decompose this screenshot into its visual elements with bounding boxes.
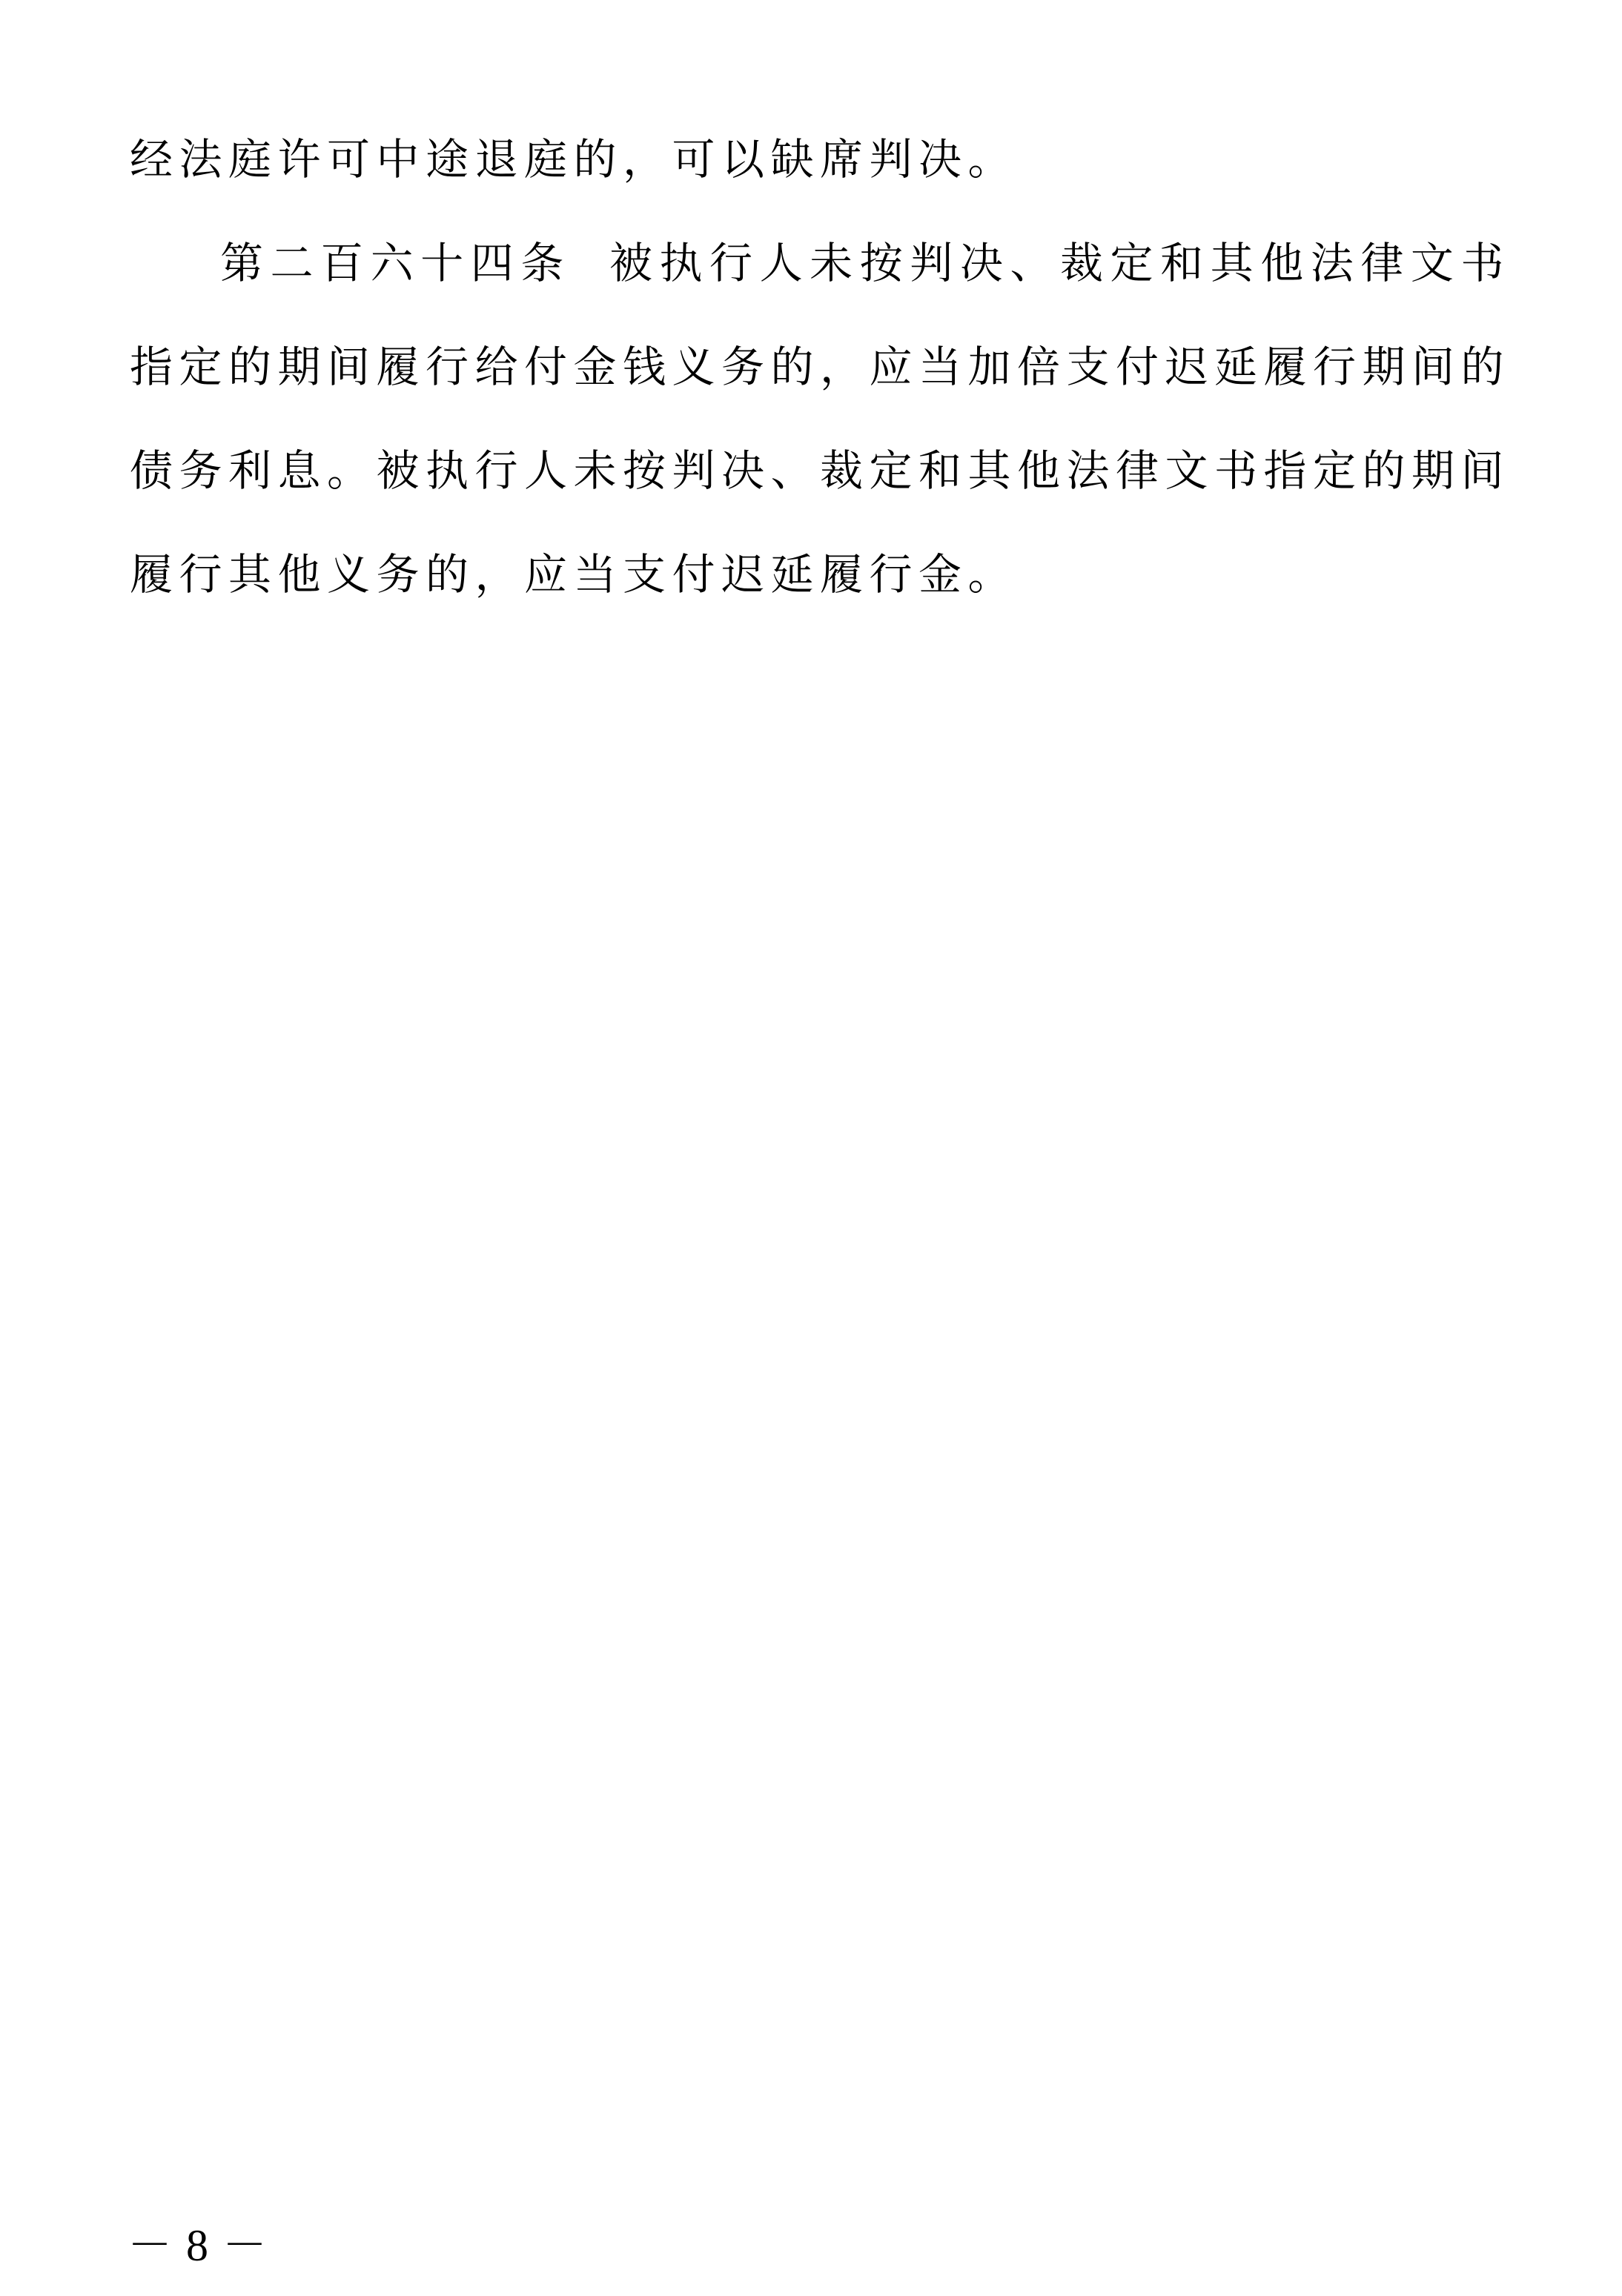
paragraph-article-264: 第二百六十四条被执行人未按判决、裁定和其他法律文书指定的期间履行给付金钱义务的，… [130,211,1510,626]
article-body-text: 被执行人未按判决、裁定和其他法律文书指定的期间履行给付金钱义务的，应当加倍支付迟… [130,238,1510,600]
document-body: 经法庭许可中途退庭的，可以缺席判决。 第二百六十四条被执行人未按判决、裁定和其他… [130,107,1510,626]
article-number: 第二百六十四条 [220,238,571,288]
paragraph-continuation: 经法庭许可中途退庭的，可以缺席判决。 [130,107,1510,211]
document-page: 经法庭许可中途退庭的，可以缺席判决。 第二百六十四条被执行人未按判决、裁定和其他… [0,0,1622,2296]
page-number: － 8 － [128,2216,268,2275]
